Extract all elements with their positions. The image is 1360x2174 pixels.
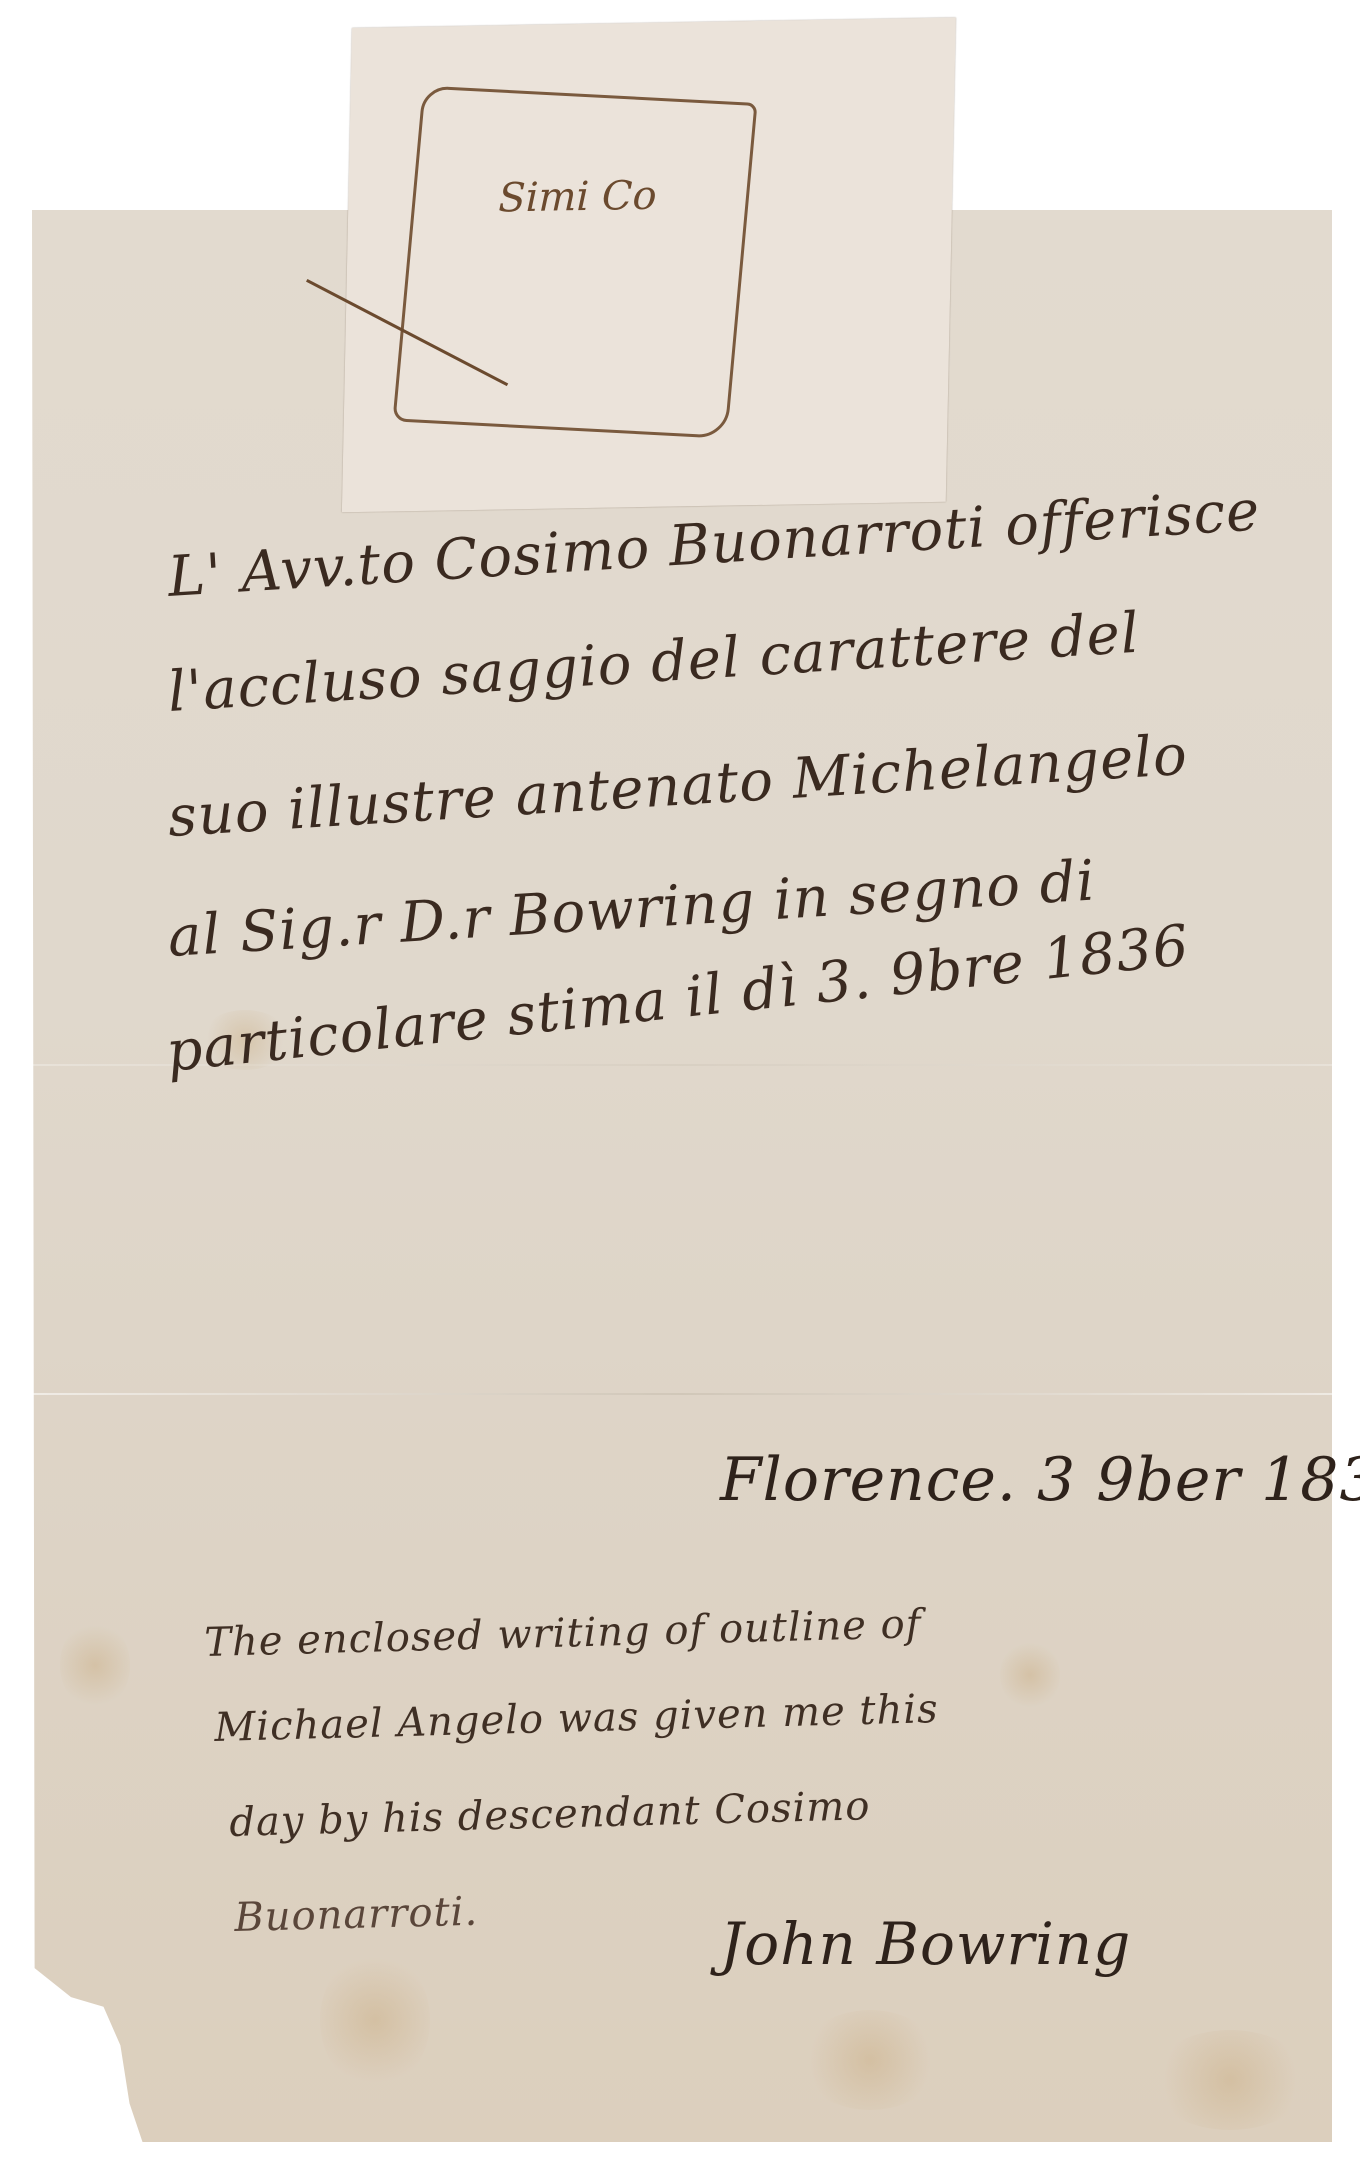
fold-crease <box>32 1393 1332 1395</box>
dateline: Florence. 3 9ber 1836 <box>720 1445 1360 1515</box>
foxing-stain <box>1150 2030 1310 2130</box>
foxing-stain <box>800 2010 940 2110</box>
signature: John Bowring <box>720 1910 1131 1978</box>
foxing-stain <box>1000 1640 1060 1710</box>
attached-slip: Simi Co <box>342 17 956 512</box>
slip-signature-fragment: Simi Co <box>498 173 657 222</box>
slip-drawn-frame <box>392 85 757 438</box>
foxing-stain <box>60 1620 130 1710</box>
foxing-stain <box>320 1950 430 2090</box>
english-line-4: Buonarroti. <box>234 1889 479 1941</box>
